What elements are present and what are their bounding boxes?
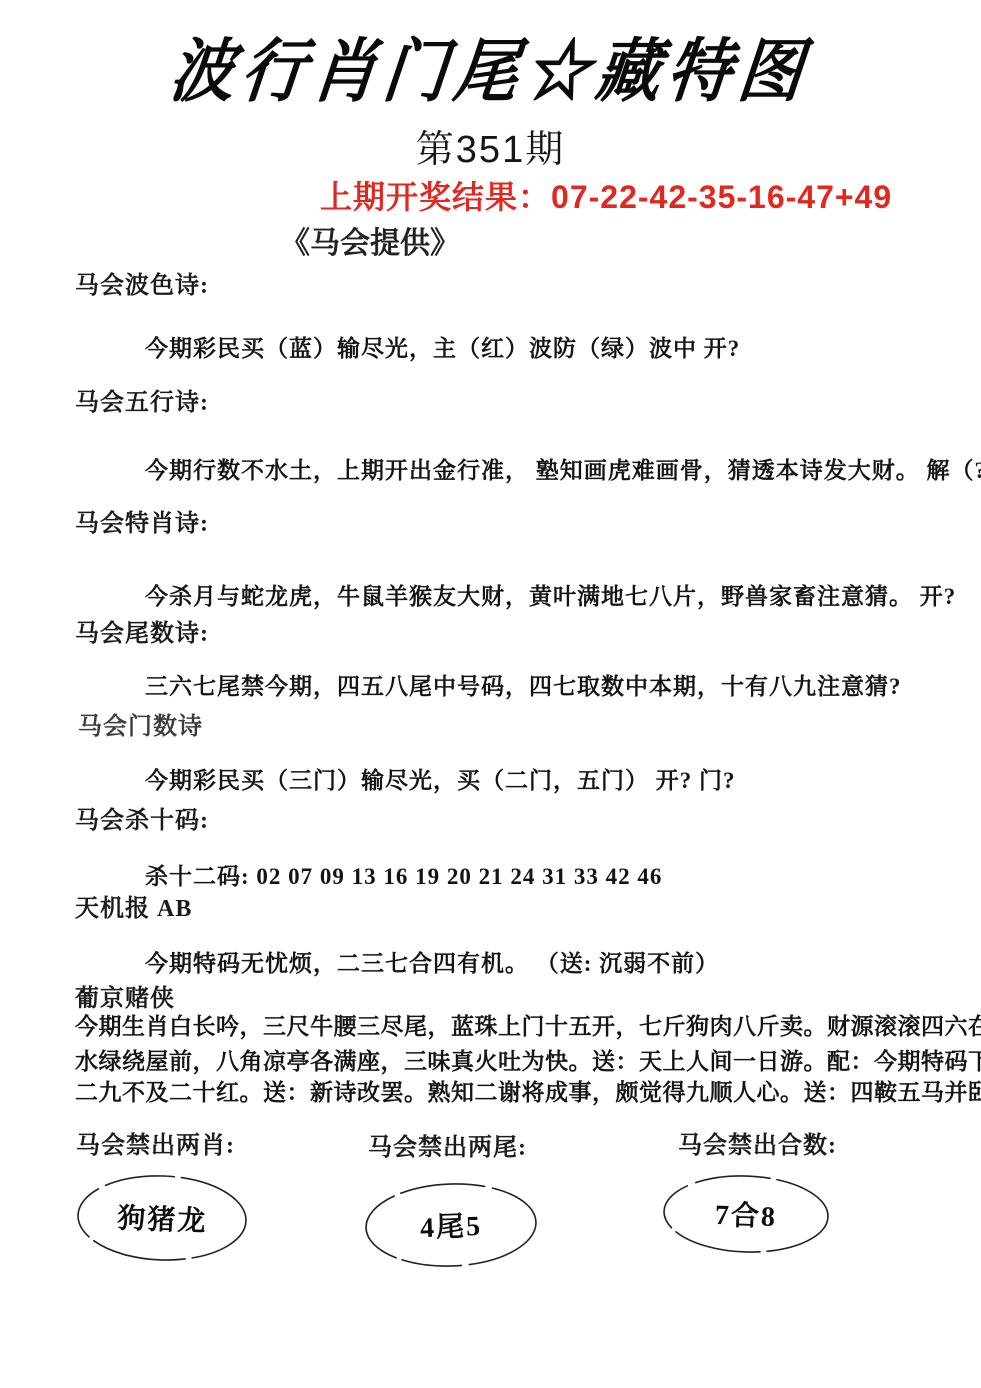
poem-menshu: 今期彩民买（三门）输尽光，买（二门，五门） 开? 门?: [145, 762, 736, 795]
pujing-line-2: 水绿绕屋前，八角凉亭各满座，三味真火吐为快。送：天上人间一日游。配：今期特码下凡…: [75, 1043, 981, 1076]
last-draw-result-label: 上期开奖结果：: [320, 179, 551, 215]
lottery-tip-sheet: 波行肖门尾☆藏特图 第351期 上期开奖结果：07-22-42-35-16-47…: [0, 0, 981, 1388]
poem-wuxing: 今期行数不水土，上期开出金行准， 塾知画虎难画骨，猜透本诗发大财。 解（?）: [145, 452, 981, 485]
page-title: 波行肖门尾☆藏特图: [0, 16, 981, 115]
last-draw-result-numbers: 07-22-42-35-16-47+49: [551, 179, 892, 215]
pujing-line-3: 二九不及二十红。送：新诗改罢。熟知二谢将成事，颇觉得九顺人心。送：四鞍五马并卧坐: [75, 1074, 981, 1107]
forbidden-tail-value: 4尾5: [360, 1177, 541, 1273]
section-label-bose: 马会波色诗:: [75, 265, 209, 300]
pujing-line-1: 今期生肖白长吟，三尺牛腰三尽尾，蓝珠上门十五开，七斤狗肉八斤卖。财源滚滚四六在，…: [75, 1008, 981, 1041]
forbidden-zodiac-value: 狗猪龙: [73, 1169, 251, 1267]
forbidden-zodiac-label: 马会禁出两肖:: [76, 1125, 235, 1160]
section-label-tianjibao: 天机报 AB: [75, 888, 192, 923]
section-label-wuxing: 马会五行诗:: [75, 382, 209, 417]
forbidden-zodiac-oval: 狗猪龙: [73, 1169, 251, 1267]
forbidden-sum-label: 马会禁出合数:: [678, 1125, 837, 1160]
forbidden-sum-oval: 7合8: [659, 1169, 834, 1259]
forbidden-tail-label: 马会禁出两尾:: [368, 1127, 527, 1162]
poem-tianjibao: 今期特码无忧烦，二三七合四有机。 （送: 沉弱不前）: [145, 945, 719, 978]
last-draw-result: 上期开奖结果：07-22-42-35-16-47+49: [320, 172, 892, 218]
forbidden-tail-oval: 4尾5: [360, 1177, 541, 1273]
poem-bose: 今期彩民买（蓝）输尽光，主（红）波防（绿）波中 开?: [145, 330, 740, 363]
section-label-menshu: 马会门数诗: [78, 706, 203, 741]
poem-texiao: 今杀月与蛇龙虎，牛鼠羊猴友大财，黄叶满地七八片，野兽家畜注意猜。 开?: [145, 578, 956, 611]
issue-number: 第351期: [0, 118, 981, 173]
kill-numbers-line: 杀十二码: 02 07 09 13 16 19 20 21 24 31 33 4…: [145, 858, 662, 891]
provider-heading: 《马会提供》: [280, 218, 460, 262]
forbidden-sum-value: 7合8: [659, 1169, 834, 1259]
poem-weishu: 三六七尾禁今期，四五八尾中号码，四七取数中本期，十有八九注意猜?: [145, 668, 902, 701]
section-label-weishu: 马会尾数诗:: [75, 613, 209, 648]
section-label-shashima: 马会杀十码:: [75, 800, 209, 835]
section-label-texiao: 马会特肖诗:: [75, 503, 209, 538]
